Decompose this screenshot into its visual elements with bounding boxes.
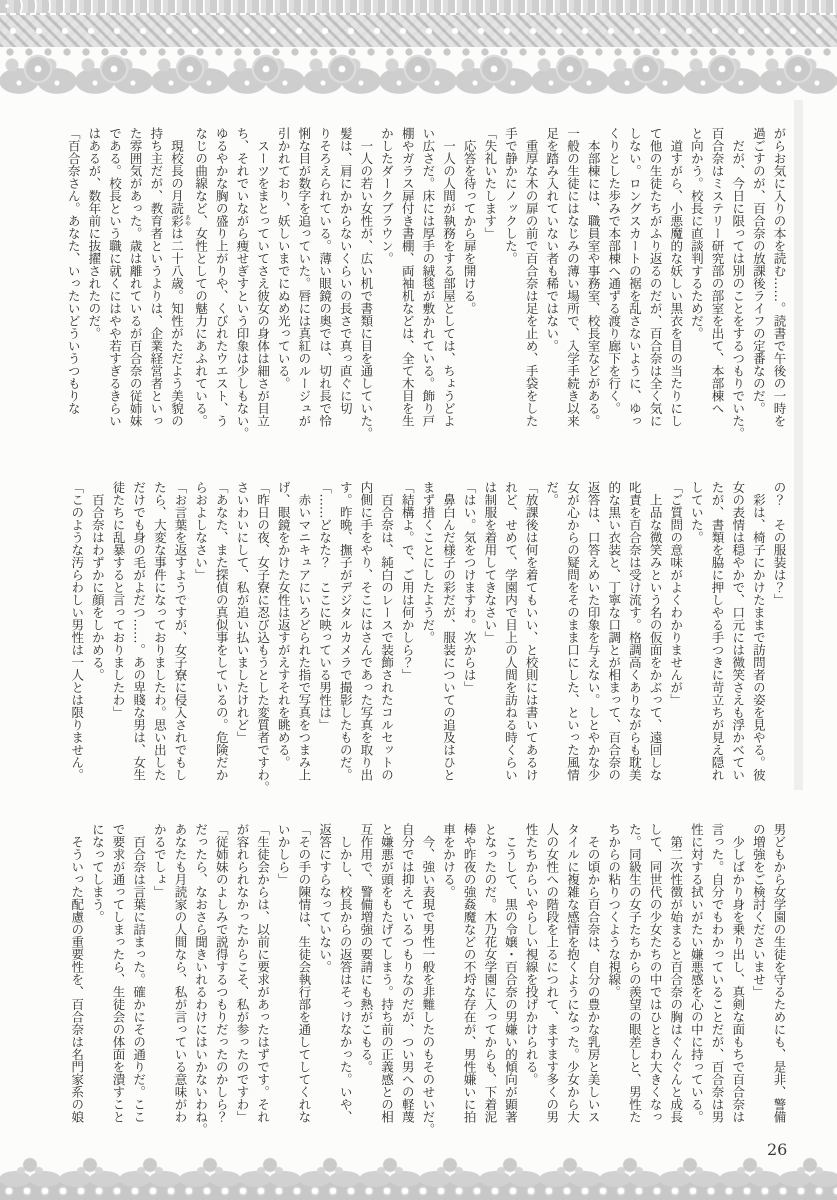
text-line: 道すがら、小悪魔的な妖しい黒衣を目の当たりにし (665, 127, 686, 427)
text-line: 「はい。気をつけますわ。次からは」 (459, 481, 480, 781)
text-line: 「……どなた？ ここに映っている男性は」 (314, 481, 335, 781)
text-line: た雰囲気があった。歳は離れているが百合奈の従姉妹 (125, 127, 146, 427)
text-line: は制服を着用してきなさい」 (479, 481, 500, 781)
text-line: 「失礼いたします」 (479, 127, 500, 427)
text-line: で要求が通ってしまったら、生徒会の体面を潰すこと (107, 823, 128, 1123)
text-line: していた。 (686, 481, 707, 781)
text-line: と嫌悪が頭をもたげてしまう。持ち前の正義感との相 (376, 823, 397, 1123)
text-line: あなたも月読家の人間なら、私が言っている意味がわ (169, 823, 190, 1123)
text-line: 上品な微笑みという名の仮面をかぶって、遠回しな (644, 481, 665, 781)
text-line: だったら、なおさら聞きいれるわけにはいかないわね。 (190, 823, 211, 1123)
text-line: しかし、校長からの返答はそっけなかった。いや、 (335, 823, 356, 1123)
lace-top-scallop-edge (0, 47, 837, 97)
text-line: 少しばかり身を乗り出し、真剣な面もちで百合奈は (727, 823, 748, 1123)
text-line: 返答は、口答えめいた印象を与えない。しとやかな少 (582, 481, 603, 781)
text-line: 今、強い表現で男性一般を非難したのもそのせいだ。 (417, 823, 438, 1123)
text-line: して、同世代の少女たちの中ではひときわ大きくなっ (644, 823, 665, 1123)
text-line: 女が心からの疑問をそのまま口にした、といった風情 (562, 481, 583, 781)
text-line: りそろえられている。薄い眼鏡の奥では、切れ長で怜 (314, 127, 335, 427)
text-line: となったのだ。木乃花女学園に入ってからも、下着泥 (479, 823, 500, 1123)
text-line: 鼻白んだ様子の彩だが、服装についての追及はひと (438, 481, 459, 781)
lace-border-top (0, 0, 837, 97)
text-line: 持ち主だが、教育者というよりは、企業経営者といっ (145, 127, 166, 427)
text-line: 「生徒会からは、以前に要求があったはずです。それ (252, 823, 273, 1123)
text-line: 徒たちに乱暴すると言っておりましたわ」 (107, 481, 128, 781)
lace-top-band (0, 0, 837, 13)
text-line: だが、今日に限っては別のことをするつもりでいた。 (727, 127, 748, 427)
text-line: が容れられなかったからこそ、私が参ったのですわ」 (231, 823, 252, 1123)
text-line: たら、大変な事件になっておりましたわ。思い出した (149, 481, 170, 781)
text-line: 人の女性への階段を上るにつれて、ますます多くの男 (541, 823, 562, 1123)
text-line: 「ご質問の意味がよくわかりませんが」 (665, 481, 686, 781)
page-edge-shadow (794, 100, 803, 790)
text-line: 一人の人間が執務をする部屋としては、ちょうどよ (438, 127, 459, 427)
lace-border-bottom (0, 1156, 837, 1200)
text-band-2: の？ その服装は？」 彩は、椅子にかけたままで訪問者の姿を見やる。彼女の表情は穏… (66, 481, 789, 781)
text-line: 引かれており、妖しいまでにぬめ光っている。 (273, 127, 294, 427)
text-line: 「このような汚らわしい男性は一人とは限りません。 (66, 481, 87, 781)
text-band-3: 男どもから女学園の生徒を守るためにも、是非、警備の増強をご検討くださいませ」 少… (66, 823, 789, 1123)
text-line: まず措くことにしたようだ。 (417, 481, 438, 781)
text-line: と向かう。校長に直談判するためだ。 (686, 127, 707, 427)
text-line: になってしまう。 (87, 823, 108, 1123)
text-line: 車をかける。 (438, 823, 459, 1123)
text-line: 応答を待ってから扉を開ける。 (459, 127, 480, 427)
text-line: 棚やガラス扉付き書棚、両袖机などは、全て木目を生 (397, 127, 418, 427)
text-line: す。昨晩、撫子がデジタルカメラで撮影したものだ。 (335, 481, 356, 781)
text-line: 「お言葉を返すようですが、女子寮に侵入されでもし (169, 481, 190, 781)
text-line: かしたダークブラウン。 (376, 127, 397, 427)
text-line: 「従姉妹のよしみで説得するつもりだったのかしら？ (211, 823, 232, 1123)
text-line: くりとした歩みで本部棟へ通ずる渡り廊下を行く。 (603, 127, 624, 427)
text-line: たが、書類を脇に押しやる手つきに苛立ちが見え隠れ (706, 481, 727, 781)
text-line: 手で静かにノックした。 (500, 127, 521, 427)
text-line: 百合奈は、純白のレースで装飾されたコルセットの (376, 481, 397, 781)
text-line: 「昨日の夜、女子寮に忍び込もうとした変質者ですわ。 (252, 481, 273, 781)
text-line: だけでも身の毛がよだつ……。あの卑賤な男は、女生 (128, 481, 149, 781)
text-line: スーツをまとっていてさえ彼女の身体は細さが目立 (252, 127, 273, 427)
text-line: ゆるやかな胸の盛り上がりや、くびれたウエスト、う (211, 127, 232, 427)
text-line: 一人の若い女性が、広い机で書類に目を通していた。 (355, 127, 376, 427)
text-line: 百合奈は言葉に詰まった。確かにその通りだ。ここ (128, 823, 149, 1123)
text-line: の増強をご検討くださいませ」 (748, 823, 769, 1123)
text-line: そういった配慮の重要性を、百合奈は名門家系の娘 (66, 823, 87, 1123)
text-line: 第二次性徴が始まると百合奈の胸はぐんぐんと成長 (665, 823, 686, 1123)
text-line: 言った。自分でもわかっていることだが、百合奈は男 (706, 823, 727, 1123)
book-page: がらお気に入りの本を読む……。読書で午後の一時を過ごすのが、百合奈の放課後ライフ… (0, 0, 837, 1200)
text-line: ち、それでいながら痩せぎすという印象は少しもない。 (231, 127, 252, 427)
text-line: 百合奈はミステリー研究部の部室を出て、本部棟へ (706, 127, 727, 427)
text-line: 互作用で、警備増強の要請にも熱がこもる。 (355, 823, 376, 1123)
text-line: こうして、黒の令嬢・百合奈の男嫌い的傾向が顕著 (500, 823, 521, 1123)
text-line: の？ その服装は？」 (768, 481, 789, 781)
text-line: 悧な目が数字を追っていた。唇には真紅のルージュが (293, 127, 314, 427)
text-line: 性に対する拭いがたい嫌悪感を心の中に持っている。 (686, 823, 707, 1123)
text-line: 本部棟には、職員室や事務室、校長室などがある。 (582, 127, 603, 427)
text-line: 重厚な木の扉の前で百合奈は足を止め、手袋をした (520, 127, 541, 427)
text-line: 現校長の月読彩あやは二十八歳。知性がただよう美貌の (166, 127, 190, 427)
text-line: さいわいにして、私が追い払いましたけれど」 (231, 481, 252, 781)
text-line: 百合奈はわずかに顔をしかめる。 (87, 481, 108, 781)
text-line: かるでしょ」 (149, 823, 170, 1123)
text-line: 「結構よ。で、ご用は何かしら？」 (397, 481, 418, 781)
text-line: 自分では抑えているつもりなのだが、つい男への軽蔑 (397, 823, 418, 1123)
text-line: て他の生徒たちがふり返るのだが、百合奈は全く気に (644, 127, 665, 427)
text-line: 内側に手をやり、そこにはさんであった写真を取り出 (355, 481, 376, 781)
text-line: げ、眼鏡をかけた女性は返すがえすそれを眺める。 (273, 481, 294, 781)
text-line: 「百合奈さん。あなた、いったいどういうつもりな (63, 127, 84, 427)
text-line: その頃から百合奈は、自分の豊かな乳房と美しいス (582, 823, 603, 1123)
text-line: 足を踏み入れていない者も稀ではない。 (541, 127, 562, 427)
text-line: ちからの粘りつくような視線。 (603, 823, 624, 1123)
text-line: た。同級生の女子たちからの羨望の眼差しと、男性た (624, 823, 645, 1123)
text-line: 男どもから女学園の生徒を守るためにも、是非、警備 (768, 823, 789, 1123)
text-line: 女の表情は穏やかで、口元には微笑さえも浮かべてい (727, 481, 748, 781)
text-line: 棒や昨夜の強姦魔などの不埒な存在が、男性嫌いに拍 (459, 823, 480, 1123)
text-line: 的な黒い衣装と、丁寧な口調とが相まって、百合奈の (603, 481, 624, 781)
text-line: 赤いマニキュアにいろどられた指で写真をつまみ上 (293, 481, 314, 781)
furigana-ruby: 彩あや (169, 215, 184, 228)
lace-top-eyelet-band (0, 15, 837, 47)
text-line: 彩は、椅子にかけたままで訪問者の姿を見やる。彼 (748, 481, 769, 781)
text-band-1: がらお気に入りの本を読む……。読書で午後の一時を過ごすのが、百合奈の放課後ライフ… (66, 127, 789, 427)
text-line: がらお気に入りの本を読む……。読書で午後の一時を (768, 127, 789, 427)
text-line: 過ごすのが、百合奈の放課後ライフの定番なのだ。 (748, 127, 769, 427)
text-line: だ。 (541, 481, 562, 781)
text-line: い広さだ。床には厚手の絨毯が敷かれている。飾り戸 (417, 127, 438, 427)
text-line: はあるが、数年前に抜擢されたのだ。 (83, 127, 104, 427)
text-line: なじの曲線など、女性としての魅力にあふれている。 (190, 127, 211, 427)
text-line: 髪は、肩にかからないくらいの長さで真っ直ぐに切 (335, 127, 356, 427)
text-line: 性たちからいやらしい視線を投げかけられる。 (520, 823, 541, 1123)
text-line: 返答にすらなっていない。 (314, 823, 335, 1123)
text-line: いかしら」 (273, 823, 294, 1123)
text-line: 一般の生徒にはなじみの薄い場所で、入学手続き以来 (562, 127, 583, 427)
text-line: 「放課後は何を着てもいい、と校則には書いてあるけ (520, 481, 541, 781)
text-line: 「あなた、また探偵の真似事をしているの。危険だか (211, 481, 232, 781)
text-line: しない。ロングスカートの裾を乱さないように、ゆっ (624, 127, 645, 427)
text-line: らおよしなさい」 (190, 481, 211, 781)
text-line: である。校長という職に就くにはやや若すぎるきらい (104, 127, 125, 427)
text-line: 叱責を百合奈は受け流す。格調高くありながらも耽美 (624, 481, 645, 781)
text-line: 「その手の陳情は、生徒会執行部を通してしてくれな (293, 823, 314, 1123)
text-line: タイルに複雑な感情を抱くようになった。少女から大 (562, 823, 583, 1123)
text-line: れど、せめて、学園内で目上の人間を訪ねる時くらい (500, 481, 521, 781)
